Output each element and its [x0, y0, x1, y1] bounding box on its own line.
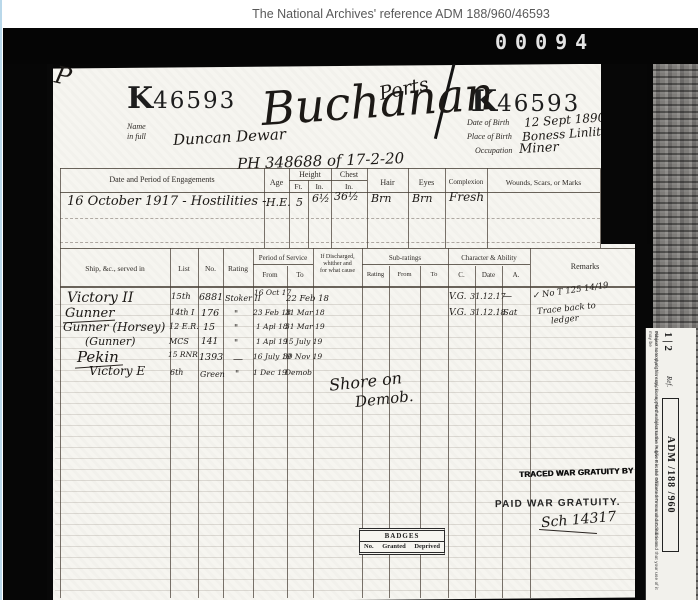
engagement-height-in-entry: 6½	[312, 192, 330, 205]
col-header-discharged-2: whither and	[313, 261, 362, 267]
service-row-to: 31 Mar 19	[285, 322, 325, 331]
col-header-discharged-1: If Discharged,	[313, 254, 362, 260]
service-row-ship: Gunner	[65, 306, 114, 321]
col-header-ship: Ship, &c., served in	[60, 264, 170, 273]
stamp-number: 46593	[153, 88, 236, 114]
engagement-eyes-entry: Brn	[412, 192, 432, 205]
col-header-hair: Hair	[367, 178, 408, 187]
scan-left-edge	[47, 58, 53, 600]
col-header-eyes: Eyes	[408, 178, 445, 187]
service-row-rating: —	[233, 354, 243, 365]
archive-side-label: Please note that this copy is supplied s…	[645, 328, 696, 600]
service-row-to: 30 Nov 19	[283, 352, 322, 361]
engagements-row-rule	[60, 242, 600, 243]
service-row-character: V.G.	[449, 308, 467, 318]
col-header-ft: Ft.	[289, 182, 308, 191]
service-row-rating: "	[234, 324, 238, 334]
service-row-list: 12 E.R.	[169, 322, 199, 331]
service-row-ship: (Gunner)	[85, 335, 135, 348]
service-col-rule	[60, 248, 61, 598]
service-row-ship: Victory E	[89, 364, 145, 378]
service-row-ability: Sat	[503, 308, 517, 318]
subratings-group-rule	[362, 264, 448, 265]
service-number-stamp-left: K46593	[127, 81, 236, 116]
service-row-list: 15th	[171, 292, 191, 302]
occupation-value: Miner	[519, 140, 559, 157]
badges-col-granted: Granted	[382, 543, 405, 550]
service-row-from: 1 Apl 19	[256, 337, 288, 346]
engagement-complexion-entry: Fresh	[449, 190, 484, 204]
col-header-date: Date	[475, 271, 502, 279]
col-header-a: A.	[502, 271, 530, 279]
copyright-notice-line2: subject to copyright restrictions. Furth…	[653, 331, 659, 597]
col-header-discharged-3: for what cause	[313, 268, 362, 274]
screenshot-stage: The National Archives' reference ADM 188…	[0, 0, 698, 600]
occupation-label: Occupation	[475, 146, 512, 155]
engagement-hair-entry: Brn	[371, 192, 391, 205]
col-header-engagements: Date and Period of Engagements	[60, 175, 264, 184]
name-label-line1: Name	[127, 122, 146, 131]
engagements-row-rule	[60, 218, 600, 219]
period-group-rule	[253, 264, 313, 265]
service-row-ship: Gunner (Horsey)	[63, 320, 165, 334]
frame-counter: 00094	[495, 30, 595, 54]
service-row-to: Demob	[285, 368, 312, 377]
service-row-list: 15 RNR	[168, 350, 198, 359]
service-row-no: Green	[200, 370, 225, 379]
col-header-c: C.	[448, 271, 475, 279]
left-edge-highlight	[0, 0, 2, 600]
archive-reference-bar: The National Archives' reference ADM 188…	[0, 0, 698, 28]
service-row-list: MCS	[169, 337, 189, 346]
col-header-wounds: Wounds, Scars, or Marks	[487, 178, 600, 187]
service-col-rule	[530, 248, 531, 598]
col-header-from: From	[253, 271, 287, 279]
col-header-character-ability: Character & Ability	[448, 254, 530, 262]
service-row-no: 6881	[199, 292, 223, 303]
col-header-in: In.	[308, 182, 331, 191]
badges-title: BADGES	[360, 531, 444, 542]
date-of-birth-label: Date of Birth	[467, 118, 509, 127]
col-header-age: Age	[264, 178, 289, 187]
archive-reference-text: The National Archives' reference ADM 188…	[0, 7, 698, 21]
service-row-rating: "	[235, 370, 239, 380]
service-row-to: 22 Feb 18	[286, 294, 329, 304]
service-row-no: 15	[203, 322, 215, 333]
scanned-record-card: P K46593 Ports K46593 Name in full Dunca…	[3, 28, 698, 600]
col-header-complexion: Complexion	[445, 178, 487, 186]
engagement-age-entry: H.E.	[266, 196, 291, 209]
service-row-rating: "	[234, 339, 238, 349]
stamp-prefix: K	[127, 81, 153, 116]
col-header-period-of-service: Period of Service	[253, 254, 313, 262]
col-header-height: Height	[289, 170, 331, 179]
col-header-sub-rating: Rating	[362, 271, 389, 278]
badges-col-no: No.	[364, 543, 374, 550]
service-row-list: 6th	[170, 368, 183, 377]
engagements-col-rule	[331, 168, 332, 248]
badges-box: BADGES No. Granted Deprived	[359, 528, 445, 555]
ruled-lines-texture	[55, 294, 639, 598]
service-row-no: 176	[201, 308, 219, 319]
col-header-to: To	[287, 271, 313, 279]
paid-war-gratuity-stamp: PAID WAR GRATUITY.	[495, 497, 621, 510]
service-row-date: 31.12.17	[470, 292, 506, 301]
col-header-sub-ratings: Sub-ratings	[362, 254, 448, 262]
col-header-sub-from: From	[389, 271, 420, 278]
adm-reference-box: ADM /188 /960	[662, 398, 679, 552]
engagement-period-entry: 16 October 1917 - Hostilities -	[67, 194, 267, 209]
service-row-no: 1393	[199, 352, 223, 363]
service-row-list: 14th I	[170, 308, 194, 317]
service-table-top-rule	[60, 248, 643, 249]
col-header-list: List	[170, 264, 198, 273]
scale-mark: 1 | 2	[662, 332, 674, 351]
service-row-character: V.G.	[449, 292, 467, 302]
name-label-line2: in full	[127, 132, 146, 141]
service-row-to: 31 Mar 18	[285, 308, 325, 317]
engagement-chest-entry: 36½	[334, 190, 359, 203]
service-row-ship: Victory II	[67, 290, 133, 306]
service-row-from: 1 Dec 19	[253, 368, 287, 377]
engagement-height-ft-entry: 5	[296, 196, 303, 209]
engagements-table-top-rule	[60, 168, 600, 169]
col-header-sub-to: To	[420, 271, 448, 278]
service-row-no: 141	[201, 337, 218, 347]
ref-label: Ref.	[665, 376, 673, 387]
badges-col-deprived: Deprived	[414, 543, 440, 550]
character-group-rule	[448, 264, 530, 265]
col-header-remarks: Remarks	[530, 262, 640, 271]
service-row-date: 31.12.18	[470, 308, 506, 317]
col-header-no: No.	[198, 264, 223, 273]
col-header-chest: Chest	[331, 170, 367, 179]
service-row-rating: "	[234, 310, 238, 320]
service-row-to: 15 July 19	[284, 337, 322, 346]
height-chest-sub-rule	[289, 180, 367, 181]
service-row-ability: —	[503, 292, 512, 302]
col-header-rating: Rating	[223, 264, 253, 273]
place-of-birth-label: Place of Birth	[467, 132, 512, 141]
service-row-from: 1 Apl 18	[256, 322, 288, 331]
engagements-header-rule	[60, 192, 600, 193]
